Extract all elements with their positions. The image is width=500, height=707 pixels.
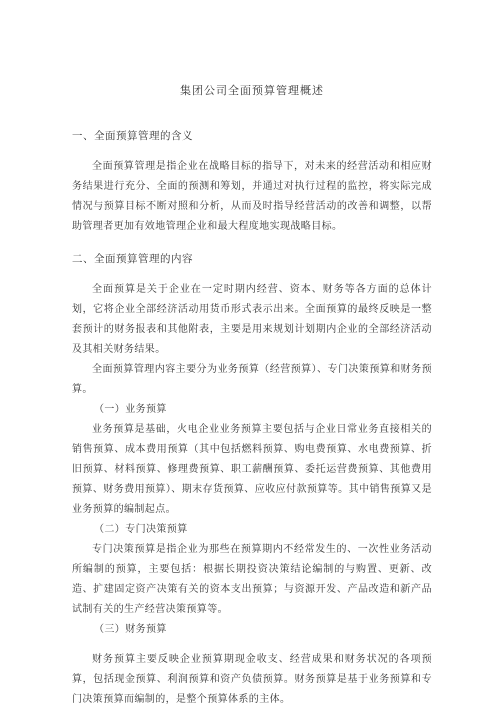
subsection-2-heading: （二）专门决策预算 <box>72 520 432 540</box>
subsection-1-paragraph: 业务预算是基础，火电企业业务预算主要包括与企业日常业务直接相关的销售预算、成本费… <box>72 420 432 520</box>
document-page: 集团公司全面预算管理概述 一、全面预算管理的含义 全面预算管理是指企业在战略目标… <box>0 0 500 707</box>
section-1-heading: 一、全面预算管理的含义 <box>72 127 432 147</box>
section-2-heading: 二、全面预算管理的内容 <box>72 250 432 270</box>
subsection-2-paragraph: 专门决策预算是指企业为那些在预算期内不经常发生的、一次性业务活动所编制的预算，主… <box>72 540 432 620</box>
section-2-intro-paragraph: 全面预算是关于企业在一定时期内经营、资本、财务等各方面的总体计划，它将企业全部经… <box>72 280 432 360</box>
subsection-3-heading: （三）财务预算 <box>72 620 432 640</box>
section-1-paragraph: 全面预算管理是指企业在战略目标的指导下，对未来的经营活动和相应财务结果进行充分、… <box>72 157 432 237</box>
section-2-content-types-paragraph: 全面预算管理内容主要分为业务预算（经营预算）、专门决策预算和财务预算。 <box>72 360 432 400</box>
subsection-3-paragraph: 财务预算主要反映企业预算期现金收支、经营成果和财务状况的各项预算，包括现金预算、… <box>72 650 432 707</box>
document-title: 集团公司全面预算管理概述 <box>72 82 432 100</box>
subsection-1-heading: （一）业务预算 <box>72 400 432 420</box>
